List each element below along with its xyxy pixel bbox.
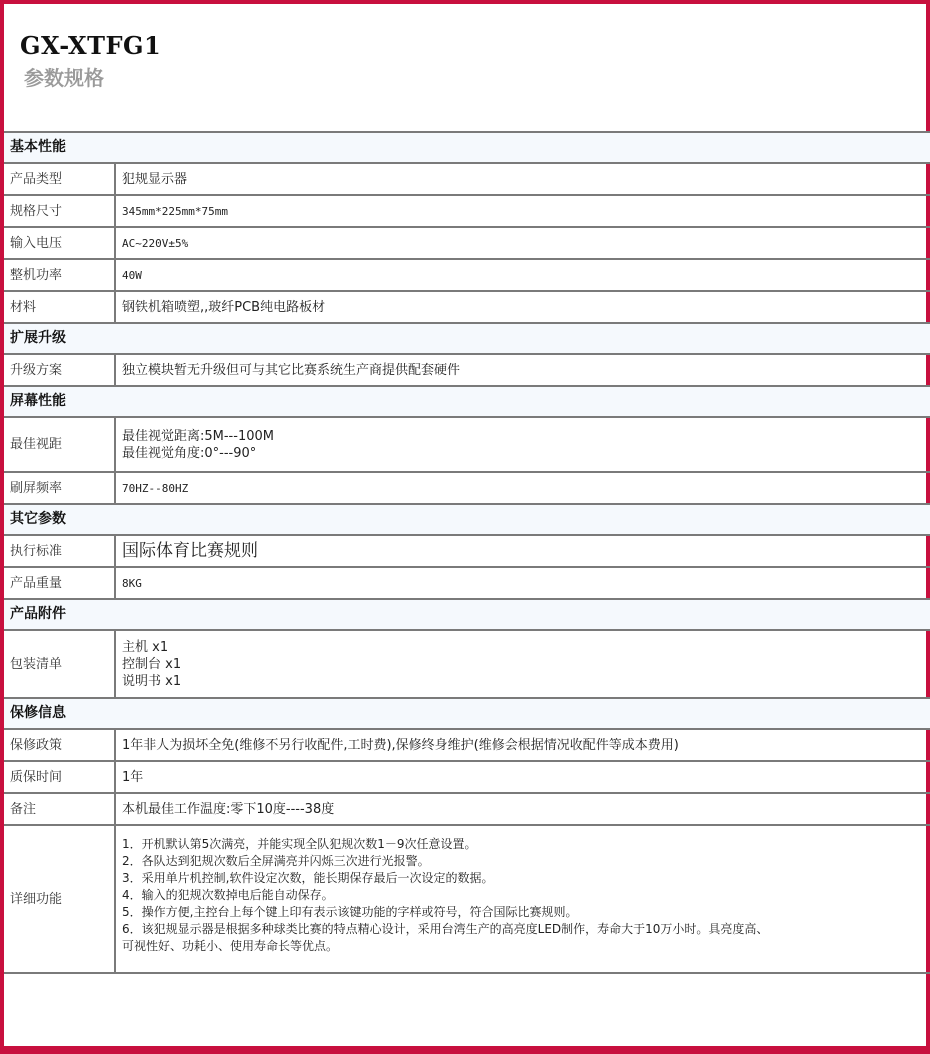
row-value: 最佳视觉距离:5M---100M 最佳视觉角度:0°---90°: [115, 417, 930, 472]
row-value: 1．开机默认第5次满亮，并能实现全队犯规次数1－9次任意设置。 2．各队达到犯规…: [115, 825, 930, 973]
value-line: 主机 x1: [122, 639, 924, 656]
row-value: 犯规显示器: [115, 163, 930, 195]
feature-line: 5．操作方便,主控台上每个键上印有表示该键功能的字样或符号，符合国际比赛规则。: [122, 904, 924, 921]
table-row: 保修政策 1年非人为损坏全免(维修不另行收配件,工时费),保修终身维护(维修会根…: [4, 729, 930, 761]
row-value: AC~220V±5%: [115, 227, 930, 259]
row-value: 1年: [115, 761, 930, 793]
row-label: 保修政策: [4, 729, 115, 761]
row-label: 产品类型: [4, 163, 115, 195]
row-value: 70HZ--80HZ: [115, 472, 930, 504]
row-value: 主机 x1 控制台 x1 说明书 x1: [115, 630, 930, 698]
feature-line: 6．该犯规显示器是根据多种球类比赛的特点精心设计，采用台湾生产的高亮度LED制作…: [122, 921, 924, 938]
row-label: 升级方案: [4, 354, 115, 386]
feature-line: 4．输入的犯规次数掉电后能自动保存。: [122, 887, 924, 904]
row-label: 包装清单: [4, 630, 115, 698]
section-header-screen: 屏幕性能: [4, 386, 930, 417]
table-row: 整机功率 40W: [4, 259, 930, 291]
value-line: 最佳视觉角度:0°---90°: [122, 445, 924, 462]
spec-subtitle: 参数规格: [24, 62, 104, 91]
table-row: 材料 钢铁机箱喷塑,,玻纤PCB纯电路板材: [4, 291, 930, 323]
value-line: 说明书 x1: [122, 673, 924, 690]
row-label: 详细功能: [4, 825, 115, 973]
feature-line: 1．开机默认第5次满亮，并能实现全队犯规次数1－9次任意设置。: [122, 836, 924, 853]
table-row: 最佳视距 最佳视觉距离:5M---100M 最佳视觉角度:0°---90°: [4, 417, 930, 472]
table-row: 备注 本机最佳工作温度:零下10度----38度: [4, 793, 930, 825]
value-line: 控制台 x1: [122, 656, 924, 673]
feature-line: 3．采用单片机控制,软件设定次数，能长期保存最后一次设定的数据。: [122, 870, 924, 887]
row-value: 钢铁机箱喷塑,,玻纤PCB纯电路板材: [115, 291, 930, 323]
table-row: 执行标准 国际体育比赛规则: [4, 535, 930, 567]
table-row: 产品类型 犯规显示器: [4, 163, 930, 195]
feature-line: 2．各队达到犯规次数后全屏满亮并闪烁三次进行光报警。: [122, 853, 924, 870]
table-row: 产品重量 8KG: [4, 567, 930, 599]
row-value: 40W: [115, 259, 930, 291]
row-label: 质保时间: [4, 761, 115, 793]
row-label: 备注: [4, 793, 115, 825]
value-line: 最佳视觉距离:5M---100M: [122, 428, 924, 445]
section-header-basic: 基本性能: [4, 132, 930, 163]
product-model-title: GX-XTFG1: [20, 31, 161, 60]
table-row: 包装清单 主机 x1 控制台 x1 说明书 x1: [4, 630, 930, 698]
row-value: 8KG: [115, 567, 930, 599]
table-row: 质保时间 1年: [4, 761, 930, 793]
section-header-warranty: 保修信息: [4, 698, 930, 729]
table-row: 详细功能 1．开机默认第5次满亮，并能实现全队犯规次数1－9次任意设置。 2．各…: [4, 825, 930, 973]
section-header-accessories: 产品附件: [4, 599, 930, 630]
row-label: 刷屏频率: [4, 472, 115, 504]
row-label: 规格尺寸: [4, 195, 115, 227]
section-header-other: 其它参数: [4, 504, 930, 535]
row-value: 345mm*225mm*75mm: [115, 195, 930, 227]
section-header-upgrade: 扩展升级: [4, 323, 930, 354]
row-value: 独立模块暂无升级但可与其它比赛系统生产商提供配套硬件: [115, 354, 930, 386]
row-value: 1年非人为损坏全免(维修不另行收配件,工时费),保修终身维护(维修会根据情况收配…: [115, 729, 930, 761]
row-label: 产品重量: [4, 567, 115, 599]
table-row: 输入电压 AC~220V±5%: [4, 227, 930, 259]
spec-table: 基本性能 产品类型 犯规显示器 规格尺寸 345mm*225mm*75mm 输入…: [4, 131, 930, 974]
table-row: 刷屏频率 70HZ--80HZ: [4, 472, 930, 504]
row-value: 国际体育比赛规则: [115, 535, 930, 567]
row-label: 整机功率: [4, 259, 115, 291]
row-label: 材料: [4, 291, 115, 323]
row-label: 最佳视距: [4, 417, 115, 472]
feature-line: 可视性好、功耗小、使用寿命长等优点。: [122, 938, 924, 955]
row-value: 本机最佳工作温度:零下10度----38度: [115, 793, 930, 825]
row-label: 执行标准: [4, 535, 115, 567]
page-frame: GX-XTFG1 参数规格 基本性能 产品类型 犯规显示器 规格尺寸 345mm…: [0, 0, 930, 1054]
row-label: 输入电压: [4, 227, 115, 259]
table-row: 规格尺寸 345mm*225mm*75mm: [4, 195, 930, 227]
table-row: 升级方案 独立模块暂无升级但可与其它比赛系统生产商提供配套硬件: [4, 354, 930, 386]
